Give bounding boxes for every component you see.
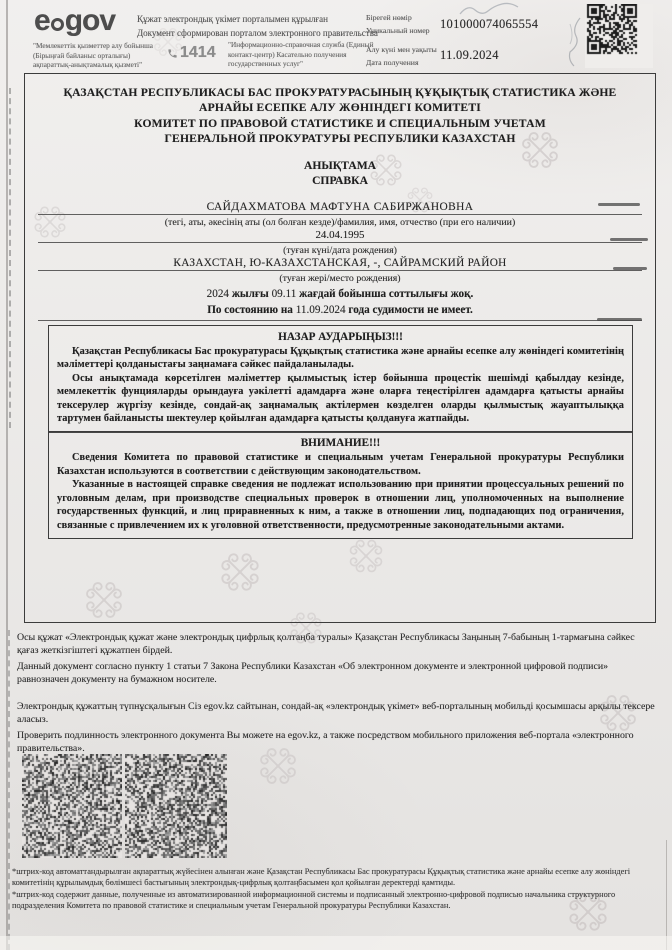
footnote-ru: *штрих-код содержит данные, полученные и… bbox=[12, 889, 658, 912]
document-type: АНЫҚТАМА СПРАВКА bbox=[25, 158, 655, 188]
statement-lead: По состоянию на bbox=[207, 304, 293, 316]
legal-paragraph-kk: Осы құжат «Электрондық құжат және электр… bbox=[17, 632, 657, 657]
committee-title: ҚАЗАҚСТАН РЕСПУБЛИКАСЫ БАС ПРОКУРАТУРАСЫ… bbox=[25, 85, 655, 147]
statement-date: 09.11 bbox=[272, 288, 297, 300]
legal-paragraph-ru: Проверить подлинность электронного докум… bbox=[17, 730, 657, 755]
received-date-label-ru: Дата получения bbox=[366, 57, 419, 69]
attention-paragraph: Указанные в настоящей справке сведения н… bbox=[57, 478, 624, 532]
statement-text: года судимости не имеет. bbox=[348, 304, 472, 316]
document-type-ru: СПРАВКА bbox=[25, 173, 655, 188]
unique-number-label-ru: Уникальный номер bbox=[366, 25, 430, 37]
attention-box-ru: ВНИМАНИЕ!!! Сведения Комитета по правово… bbox=[48, 431, 633, 539]
attention-title-ru: ВНИМАНИЕ!!! bbox=[57, 435, 624, 451]
attention-box-kk: НАЗАР АУДАРЫҢЫЗ!!! Қазақстан Республикас… bbox=[48, 325, 633, 433]
scanned-certificate-page: egov Құжат электрондық үкімет порталымен… bbox=[0, 0, 672, 950]
conviction-statement-kk: 2024 жылғы 09.11 жағдай бойынша соттылығ… bbox=[25, 287, 655, 302]
contact-center-note-ru: "Информационно-справочная служба (Единый… bbox=[228, 40, 378, 69]
egov-logo-gov: gov bbox=[65, 4, 115, 37]
statement-text: жағдай бойынша соттылығы жоқ. bbox=[299, 288, 473, 300]
signature-barcode bbox=[22, 754, 227, 858]
attention-boxes: НАЗАР АУДАРЫҢЫЗ!!! Қазақстан Республикас… bbox=[48, 325, 633, 540]
certificate-frame: ҚАЗАҚСТАН РЕСПУБЛИКАСЫ БАС ПРОКУРАТУРАСЫ… bbox=[24, 73, 656, 623]
birth-date-label: (туған күні/дата рождения) bbox=[25, 244, 655, 257]
scan-edge-line bbox=[666, 840, 667, 950]
attention-paragraph: Сведения Комитета по правовой статистике… bbox=[57, 451, 624, 478]
contact-phone: 1414 bbox=[167, 44, 216, 62]
full-name-label: (тегі, аты, әкесінің аты (ол болған кезд… bbox=[25, 216, 655, 229]
barcode-block-right bbox=[125, 754, 227, 858]
title-line: ГЕНЕРАЛЬНОЙ ПРОКУРАТУРЫ РЕСПУБЛИКИ КАЗАХ… bbox=[25, 131, 655, 146]
document-type-kk: АНЫҚТАМА bbox=[25, 158, 655, 173]
received-date-value: 11.09.2024 bbox=[440, 48, 499, 63]
received-date-label-kk: Алу күні мен уақыты bbox=[366, 44, 437, 56]
birth-place-label: (туған жері/место рождения) bbox=[25, 272, 655, 285]
scan-edge-marks bbox=[9, 88, 11, 428]
scan-crease bbox=[0, 936, 672, 950]
egov-logo: egov bbox=[34, 6, 115, 36]
title-line: ҚАЗАҚСТАН РЕСПУБЛИКАСЫ БАС ПРОКУРАТУРАСЫ… bbox=[25, 85, 655, 100]
birth-date: 24.04.1995 bbox=[38, 229, 642, 243]
contact-phone-number: 1414 bbox=[180, 44, 216, 62]
legal-notes: Осы құжат «Электрондық құжат және электр… bbox=[17, 632, 657, 756]
egov-logo-e: e bbox=[34, 4, 50, 37]
barcode-footnote: *штрих-код автоматтандырылған ақпараттық… bbox=[12, 866, 658, 912]
title-line: КОМИТЕТ ПО ПРАВОВОЙ СТАТИСТИКЕ И СПЕЦИАЛ… bbox=[25, 116, 655, 131]
attention-title-kk: НАЗАР АУДАРЫҢЫЗ!!! bbox=[57, 329, 624, 345]
statement-date: 11.09.2024 bbox=[296, 304, 346, 316]
scan-edge-marks bbox=[8, 630, 10, 950]
unique-number-value: 101000074065554 bbox=[440, 17, 538, 32]
title-line: АРНАЙЫ ЕСЕПКЕ АЛУ ЖӨНІНДЕГІ КОМИТЕТІ bbox=[25, 100, 655, 115]
person-full-name: САЙДАХМАТОВА МАФТУНА САБИРЖАНОВНА bbox=[38, 201, 642, 215]
statement-word: жылғы bbox=[232, 288, 269, 300]
statement-year: 2024 bbox=[207, 288, 229, 300]
legal-paragraph-ru: Данный документ согласно пункту 1 статьи… bbox=[17, 661, 657, 686]
unique-number-label-kk: Бірегей нөмір bbox=[366, 12, 412, 24]
attention-paragraph: Қазақстан Республикасы Бас прокуратурасы… bbox=[57, 345, 624, 372]
qr-code bbox=[585, 4, 653, 68]
barcode-block-left bbox=[22, 754, 122, 858]
contact-center-note-kk: "Мемлекеттік қызметтер алу бойынша (Біры… bbox=[33, 41, 165, 70]
pen-scribble bbox=[550, 14, 590, 70]
legal-paragraph-kk: Электрондық құжаттың түпнұсқалығын Сіз e… bbox=[17, 701, 657, 726]
egov-logo-dot-icon bbox=[51, 18, 64, 31]
phone-icon bbox=[167, 48, 178, 59]
conviction-statement-ru: По состоянию на 11.09.2024 года судимост… bbox=[38, 303, 642, 321]
footnote-kk: *штрих-код автоматтандырылған ақпараттық… bbox=[12, 866, 658, 889]
birth-place: КАЗАХСТАН, Ю-КАЗАХСТАНСКАЯ, -, САЙРАМСКИ… bbox=[38, 257, 642, 271]
attention-paragraph: Осы анықтамада көрсетілген мәліметтер қы… bbox=[57, 372, 624, 426]
